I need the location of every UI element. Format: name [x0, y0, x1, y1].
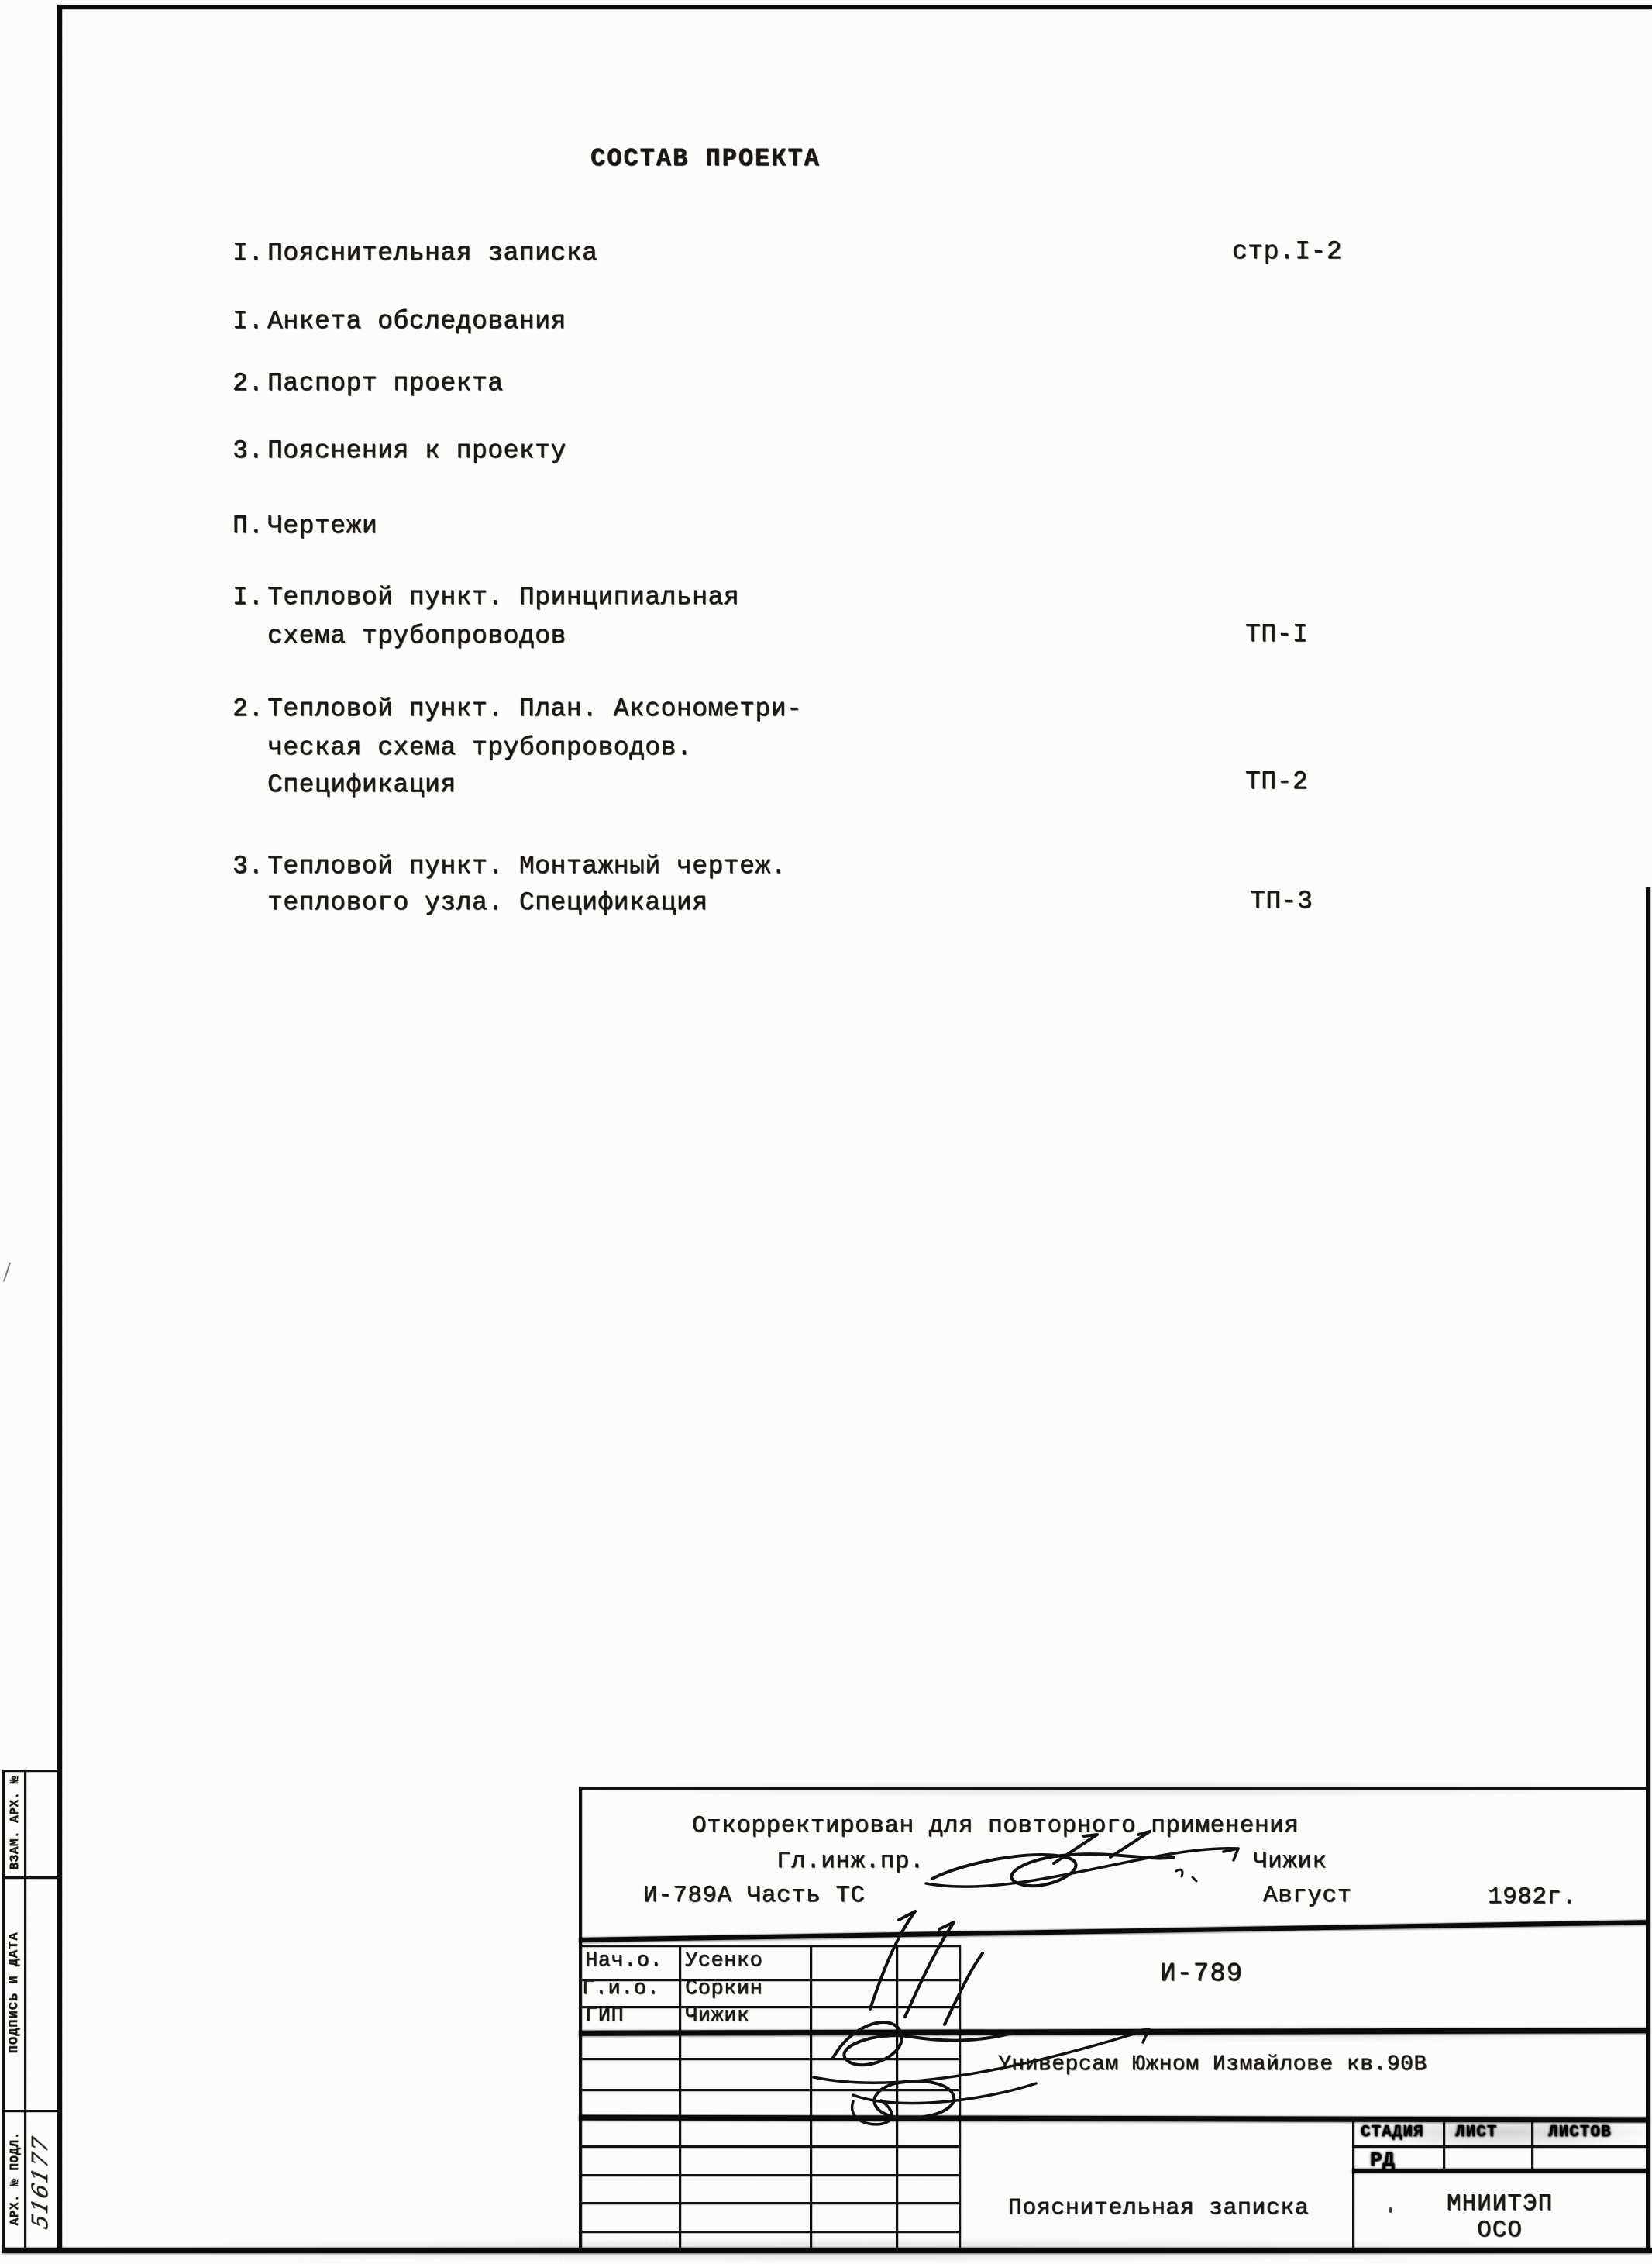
toc-item-number: 2. — [232, 369, 264, 398]
stamp-grid-line — [1352, 2145, 1647, 2148]
toc-item-text: Анкета обследования — [267, 307, 566, 336]
stage-column-header: СТАДИЯ — [1361, 2124, 1424, 2142]
stray-mark — [3, 1262, 11, 1281]
toc-item-text: Паспорт проекта — [267, 369, 504, 398]
issue-month: Август — [1263, 1882, 1352, 1909]
toc-item-number: 3. — [232, 436, 264, 465]
chief-engineer-name: Чижик — [1253, 1848, 1327, 1875]
stage-value: РД — [1370, 2149, 1395, 2172]
signer-table-line — [579, 2202, 959, 2204]
signer-role: Г.и.о. — [582, 1977, 659, 2000]
stamp-dot-mark — [1389, 2207, 1392, 2213]
toc-item-text: Пояснения к проекту — [267, 436, 566, 465]
signer-name: Усенко — [685, 1949, 762, 1973]
toc-item-text: ческая схема трубопроводов. — [267, 733, 692, 762]
signer-role: ГИП — [585, 2004, 624, 2028]
toc-item-number: I. — [232, 307, 264, 336]
signer-name: Соркин — [685, 1977, 762, 2000]
signer-role: Нач.о. — [585, 1949, 663, 1973]
page-title: СОСТАВ ПРОЕКТА — [590, 144, 821, 173]
toc-item-text: Тепловой пункт. План. Аксонометри- — [267, 694, 802, 723]
toc-item-sheet-ref: ТП-3 — [1250, 887, 1313, 915]
toc-item-number: I. — [232, 239, 264, 267]
document-title: Пояснительная записка — [965, 2195, 1352, 2221]
toc-item-text: Спецификация — [267, 770, 456, 799]
toc-item-text: Тепловой пункт. Принципиальная — [267, 583, 739, 612]
frame-right-line — [1646, 887, 1650, 2252]
organization-name: МНИИТЭП — [1352, 2190, 1647, 2217]
toc-section-label: Чертежи — [267, 512, 377, 540]
inventory-number-handwritten: 516177 — [28, 2114, 53, 2251]
toc-item-number: 3. — [232, 852, 264, 880]
sheets-column-header: ЛИСТОВ — [1548, 2124, 1612, 2142]
title-block-left-line — [579, 1787, 582, 2251]
project-number: И-789 — [1160, 1959, 1243, 1989]
toc-section-number: П. — [232, 512, 264, 540]
scanned-document-page: СОСТАВ ПРОЕКТА I. Пояснительная записка … — [0, 0, 1652, 2264]
toc-item-number: I. — [232, 583, 264, 612]
signer-signatures — [779, 1899, 1166, 2120]
signer-table-line — [579, 2231, 959, 2233]
frame-top-line — [57, 5, 1652, 9]
toc-item-text: Тепловой пункт. Монтажный чертеж. — [267, 852, 786, 880]
toc-item-sheet-ref: ТП-I — [1245, 620, 1308, 649]
frame-left-line — [57, 5, 62, 2252]
signer-table-line — [579, 2174, 959, 2176]
title-block-top-line — [579, 1787, 1647, 1790]
signer-name: Чижик — [685, 2004, 750, 2028]
object-title: Универсам Южном Измайлове кв.90В — [998, 2052, 1427, 2076]
frame-bottom-line — [2, 2248, 1652, 2253]
toc-item-number: 2. — [232, 694, 264, 723]
side-stamp-label-vzam-arh: ВЗАМ. АРХ. № — [5, 1771, 25, 1875]
organization-dept: ОСО — [1352, 2217, 1647, 2244]
toc-item-text: схема трубопроводов — [267, 622, 566, 650]
stamp-grid-line — [1352, 2169, 1647, 2173]
toc-item-sheet-ref: ТП-2 — [1245, 767, 1308, 796]
toc-item-page-ref: стр.I-2 — [1232, 237, 1342, 266]
sheet-column-header: ЛИСТ — [1455, 2124, 1497, 2142]
side-stamp-label-podpis-data: ПОДПИСЬ И ДАТА — [5, 1879, 25, 2107]
issue-year: 1982г. — [1488, 1883, 1577, 1911]
chief-engineer-label: Гл.инж.пр. — [776, 1848, 924, 1875]
toc-item-text: теплового узла. Спецификация — [267, 888, 708, 917]
toc-item-text: Пояснительная записка — [267, 239, 597, 267]
signer-table-line — [579, 2145, 959, 2148]
side-stamp-label-arh-podl: АРХ. № ПОДЛ. — [5, 2111, 25, 2246]
